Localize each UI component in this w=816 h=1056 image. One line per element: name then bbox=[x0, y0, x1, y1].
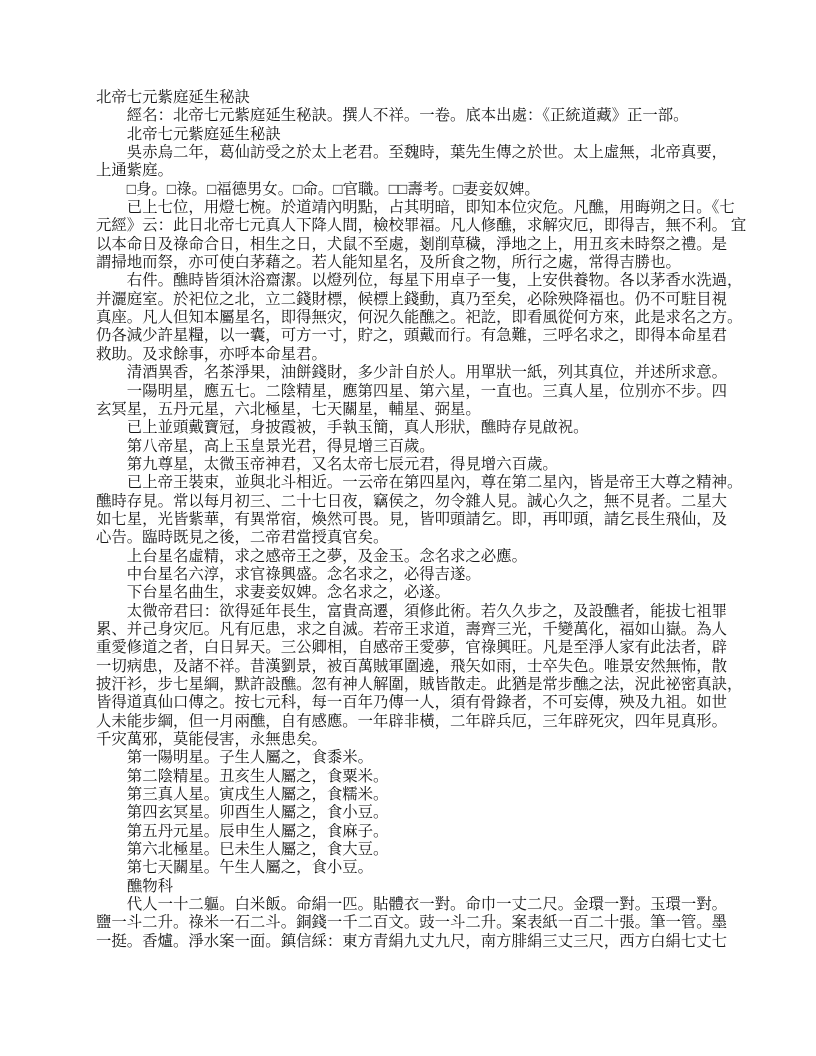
text-line: 已上帝王裝束，並與北斗相近。一云帝在第四星內，尊在第二星內，皆是帝王大尊之精神。 bbox=[96, 474, 744, 492]
text-line: 如七星，光皆紫華，有異常宿，煥然可畏。見，皆叩頭請乞。即，再叩頭，請乞長生飛仙，… bbox=[96, 511, 744, 529]
text-line: 吳赤烏二年，葛仙訪受之於太上老君。至魏時，葉先生傳之於世。太上虛無，北帝真要， bbox=[96, 144, 744, 162]
text-line: 已上七位，用燈七椀。於道靖內明點，占其明暗，即知本位灾危。凡醮，用晦朔之日。《七 bbox=[96, 199, 744, 217]
text-line: 中台星名六淳，求官祿興盛。念名求之，必得吉遂。 bbox=[96, 566, 744, 584]
text-line: 一陽明星，應五七。二陰精星，應第四星、第六星，一直也。三真人星，位別亦不步。四 bbox=[96, 383, 744, 401]
text-line: 千灾萬邪，莫能侵害，永無患矣。 bbox=[96, 731, 744, 749]
text-line: 第三真人星。寅戌生人屬之，食糯米。 bbox=[96, 786, 744, 804]
text-line: 第九尊星，太微玉帝神君，又名太帝七辰元君，得見增六百歲。 bbox=[96, 456, 744, 474]
section-title: 北帝七元紫庭延生秘訣 bbox=[96, 126, 744, 144]
text-line: 第五丹元星。辰申生人屬之，食麻子。 bbox=[96, 823, 744, 841]
text-line: 披汗衫，步七星綱，默許設醮。忽有神人解圍，賊皆散走。此猶是常步醮之法，況此祕密真… bbox=[96, 676, 744, 694]
text-line: 皆得道真仙口傳之。按七元科，每一百年乃傳一人，須有骨錄者，不可妄傳，殃及九祖。如… bbox=[96, 694, 744, 712]
text-line: 第四玄冥星。卯酉生人屬之，食小豆。 bbox=[96, 804, 744, 822]
text-line: 醮時存見。常以每月初三、二十七日夜，竊侯之，勿令雜人見。誠心久之，無不見者。二星… bbox=[96, 493, 744, 511]
text-line: 累、并己身灾厄。凡有厄患，求之自滅。若帝王求道，壽齊三光，千變萬化，福如山嶽。為… bbox=[96, 621, 744, 639]
text-line: 心告。臨時既見之後，二帝君當授真官矣。 bbox=[96, 529, 744, 547]
document-page: 北帝七元紫庭延生秘訣 經名：北帝七元紫庭延生秘訣。撰人不祥。一卷。底本出處：《正… bbox=[0, 0, 816, 1056]
text-line: □身。□祿。□福德男女。□命。□官職。□□壽考。□妻妾奴婢。 bbox=[96, 181, 744, 199]
colophon-line: 經名：北帝七元紫庭延生秘訣。撰人不祥。一卷。底本出處：《正統道藏》正一部。 bbox=[96, 107, 744, 125]
text-line: 第一陽明星。子生人屬之，食黍米。 bbox=[96, 749, 744, 767]
text-line: 仍各減少許星糧，以一囊，可方一寸，貯之，頭戴而行。有急難，三呼名求之，即得本命星… bbox=[96, 327, 744, 345]
text-line: 代人一十二軀。白米飯。命絹一匹。貼體衣一對。命巾一丈二尺。金環一對。玉環一對。 bbox=[96, 896, 744, 914]
text-line: 右件。醮時皆須沐浴齋潔。以燈列位，每星下用卓子一隻，上安供養物。各以茅香水洗過， bbox=[96, 272, 744, 290]
text-line: 第六北極星。巳未生人屬之，食大豆。 bbox=[96, 841, 744, 859]
section-heading: 醮物科 bbox=[96, 878, 744, 896]
text-line: 一切病患，及諸不祥。昔漢劉景，被百萬賊軍圍遶，飛矢如雨，士卒失色。唯景安然無怖，… bbox=[96, 658, 744, 676]
text-line: 救助。及求餘事，亦呼本命星君。 bbox=[96, 346, 744, 364]
text-line: 第二陰精星。丑亥生人屬之，食粟米。 bbox=[96, 768, 744, 786]
text-line: 元經》云：此日北帝七元真人下降人間，檢校罪福。凡人修醮，求解灾厄，即得吉，無不利… bbox=[96, 217, 744, 235]
text-line: 人未能步綱，但一月兩醮，自有感應。一年辟非橫，二年辟兵厄，三年辟死灾，四年見真形… bbox=[96, 713, 744, 731]
text-line: 謂掃地而祭，亦可使白茅藉之。若人能知星名，及所食之物，所行之處，常得吉勝也。 bbox=[96, 254, 744, 272]
text-line: 上台星名虛精，求之感帝王之夢，及金玉。念名求之必應。 bbox=[96, 548, 744, 566]
text-line: 第七天關星。午生人屬之，食小豆。 bbox=[96, 859, 744, 877]
text-line: 玄冥星，五丹元星，六北極星，七天關星，輔星、弼星。 bbox=[96, 401, 744, 419]
text-line: 下台星名曲生，求妻妾奴婢。念名求之，必遂。 bbox=[96, 584, 744, 602]
text-line: 已上並頭戴寶冠，身披霞被，手執玉簡，真人形狀，醮時存見啟祝。 bbox=[96, 419, 744, 437]
text-line: 以本命日及祿命合日，相生之日，犬鼠不至處，剗削草穢，淨地之上，用丑亥未時祭之禮。… bbox=[96, 236, 744, 254]
text-line: 太微帝君曰：欲得延年長生，富貴高遷，須修此術。若久久步之，及設醮者，能拔七祖罪 bbox=[96, 603, 744, 621]
document-title: 北帝七元紫庭延生秘訣 bbox=[96, 89, 744, 107]
text-line: 第八帝星，高上玉皇景光君，得見增三百歲。 bbox=[96, 438, 744, 456]
text-line: 重愛修道之者，白日昇天。三公卿相，自感帝王愛夢，官祿興旺。凡是至淨人家有此法者，… bbox=[96, 639, 744, 657]
text-line: 真座。凡人但知本屬星名，即得無灾，何況久能醮之。祀訖，即看風從何方來，此是求名之… bbox=[96, 309, 744, 327]
document-body: 北帝七元紫庭延生秘訣 經名：北帝七元紫庭延生秘訣。撰人不祥。一卷。底本出處：《正… bbox=[96, 89, 744, 951]
text-line: 鹽一斗二升。祿米一石二斗。銅錢一千二百文。豉一斗二升。案表紙一百二十張。筆一管。… bbox=[96, 914, 744, 932]
text-line: 上通紫庭。 bbox=[96, 162, 744, 180]
text-line: 一挺。香爐。淨水案一面。鎮信綵：東方青絹九丈九尺，南方腓絹三丈三尺，西方白絹七丈… bbox=[96, 933, 744, 951]
text-line: 并灑庭室。於祀位之北，立二錢財標，候標上錢動，真乃至矣，必除殃降福也。仍不可駐目… bbox=[96, 291, 744, 309]
text-line: 清酒異香，名茶淨果，油餅錢財，多少計自於人。用單狀一紙，列其真位，并述所求意。 bbox=[96, 364, 744, 382]
